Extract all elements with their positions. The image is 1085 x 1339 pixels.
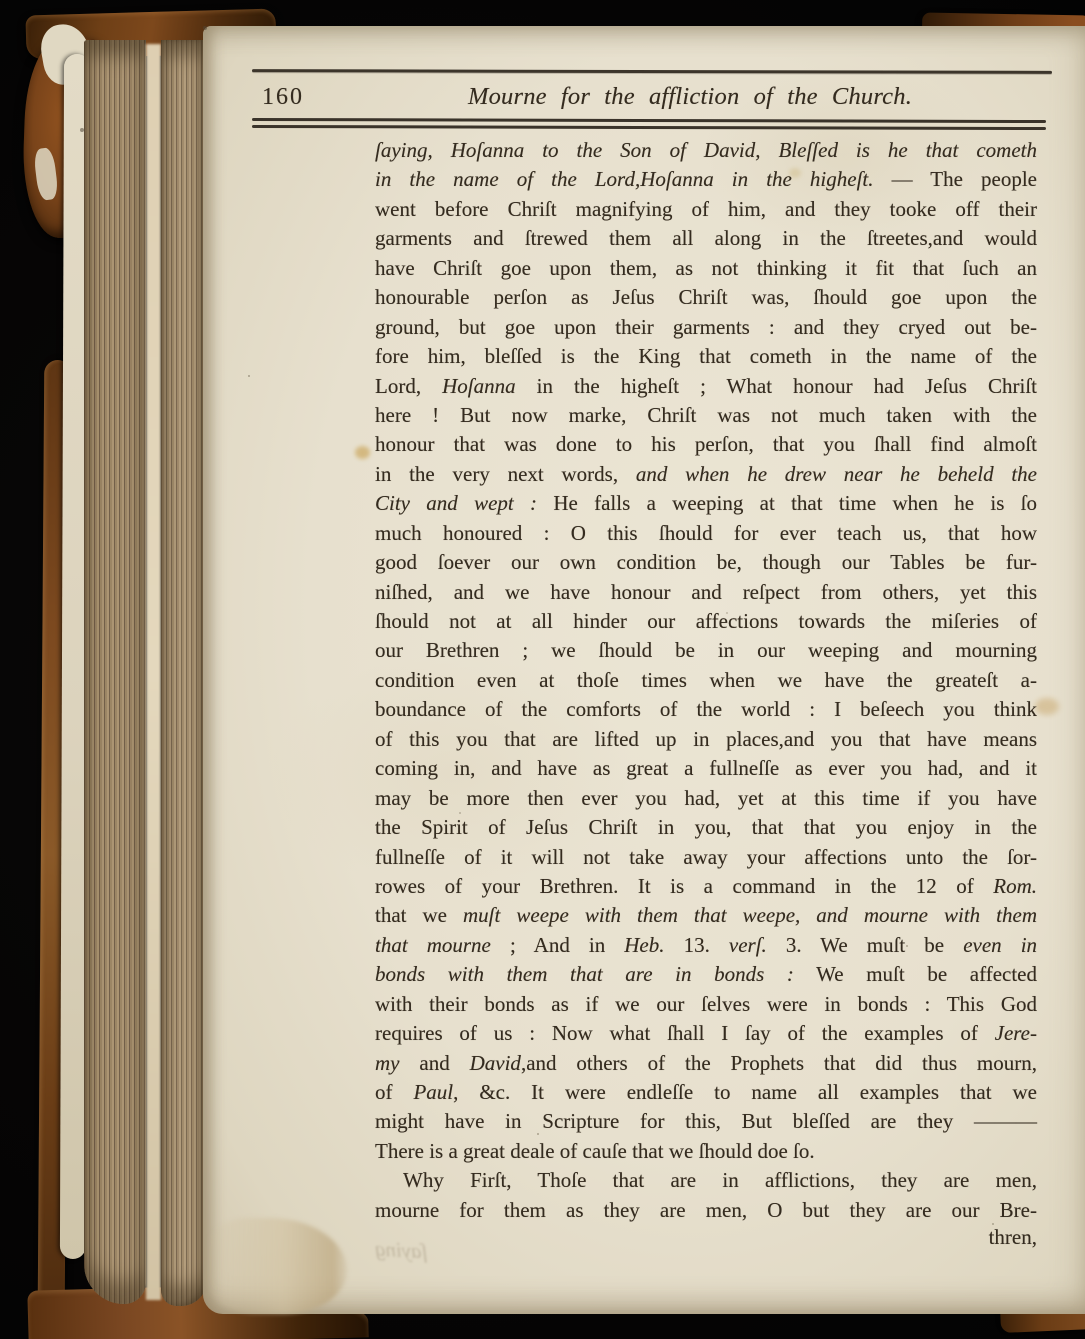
text-segment: He falls a weeping at that time when he … <box>537 491 1037 515</box>
text-segment: have Chriſt goe upon them, as not thinki… <box>375 256 1037 280</box>
text-line: the Spirit of Jeſus Chriſt in you, that … <box>375 813 1037 842</box>
text-segment: Heb. <box>624 933 664 957</box>
text-segment: ground, but goe upon their garments : an… <box>375 315 1037 339</box>
text-segment: fore him, bleſſed is the King that comet… <box>375 344 1037 368</box>
book-fore-edge-band-outer <box>84 40 146 1304</box>
text-line: of this you that are lifted up in places… <box>375 725 1037 754</box>
text-segment: coming in, and have as great a fullneſſe… <box>375 756 1037 780</box>
text-segment: may be more then ever you had, yet at th… <box>375 786 1037 810</box>
text-segment: — The people <box>892 167 1037 191</box>
text-line: may be more then ever you had, yet at th… <box>375 784 1037 813</box>
text-line: ſhould not at all hinder our affections … <box>375 607 1037 636</box>
text-line: of Paul, &c. It were endleſſe to name al… <box>375 1078 1037 1107</box>
text-line: here ! But now marke, Chriſt was not muc… <box>375 401 1037 430</box>
text-line: our Brethren ; we ſhould be in our weepi… <box>375 636 1037 665</box>
text-segment: , &c. It were endleſſe to name all examp… <box>453 1080 1037 1104</box>
page-stain-spot <box>1035 698 1059 715</box>
text-segment: the Spirit of Jeſus Chriſt in you, that … <box>375 815 1037 839</box>
text-line: with their bonds as if we our ſelves wer… <box>375 990 1037 1019</box>
page-stain-spot <box>355 446 370 459</box>
text-line: There is a great deale of cauſe that we … <box>375 1137 1037 1166</box>
text-segment: Lord, <box>375 374 442 398</box>
text-segment: that we <box>375 903 463 927</box>
text-line: fullneſſe of it will not take away your … <box>375 843 1037 872</box>
book-fore-edge-gap <box>146 44 161 1300</box>
text-line: fore him, bleſſed is the King that comet… <box>375 342 1037 371</box>
text-line: requires of us : Now what ſhall I ſay of… <box>375 1019 1037 1048</box>
text-line: condition even at thoſe times when we ha… <box>375 666 1037 695</box>
text-segment: in the higheſt ; What honour had Jeſus C… <box>516 374 1037 398</box>
text-segment: bonds with them that are in bonds : <box>375 962 794 986</box>
text-line: good ſoever our own condition be, though… <box>375 548 1037 577</box>
text-segment: fullneſſe of it will not take away your … <box>375 845 1037 869</box>
text-segment: City and wept : <box>375 491 537 515</box>
text-segment: Hoſanna <box>442 374 516 398</box>
text-segment: of this you that are lifted up in places… <box>375 727 1037 751</box>
text-line: in the name of the Lord,Hoſanna in the h… <box>375 165 1037 194</box>
text-segment: my <box>375 1051 400 1075</box>
text-line: rowes of your Brethren. It is a command … <box>375 872 1037 901</box>
text-segment: garments and ſtrewed them all along in t… <box>375 226 1037 250</box>
text-segment: good ſoever our own condition be, though… <box>375 550 1037 574</box>
page-stain-bottom-left <box>207 1218 347 1314</box>
text-line: that mourne ; And in Heb. 13. verſ. 3. W… <box>375 931 1037 960</box>
text-line: niſhed, and we have honour and reſpect f… <box>375 578 1037 607</box>
text-line: that we muſt weepe with them that weepe,… <box>375 901 1037 930</box>
text-line: honourable perſon as Jeſus Chriſt was, ſ… <box>375 283 1037 312</box>
text-segment: of <box>375 1080 413 1104</box>
text-segment: here ! But now marke, Chriſt was not muc… <box>375 403 1037 427</box>
running-header-title: Mourne for the affliction of the Church. <box>350 83 1030 111</box>
text-segment: even in <box>963 933 1037 957</box>
text-line: garments and ſtrewed them all along in t… <box>375 224 1037 253</box>
book-fore-edge-band-inner <box>161 40 207 1306</box>
text-segment: honourable perſon as Jeſus Chriſt was, ſ… <box>375 285 1037 309</box>
text-segment: ; And in <box>491 933 624 957</box>
text-segment: David <box>470 1051 521 1075</box>
text-block: ſaying, Hoſanna to the Son of David, Ble… <box>375 136 1037 1225</box>
text-line: Why Firſt, Thoſe that are in afflictions… <box>375 1166 1037 1195</box>
text-line: City and wept : He falls a weeping at th… <box>375 489 1037 518</box>
text-segment: ,and others of the Prophets that did thu… <box>521 1051 1037 1075</box>
text-line: in the very next words, and when he drew… <box>375 460 1037 489</box>
text-segment: boundance of the comforts of the world :… <box>375 697 1037 721</box>
text-line: Lord, Hoſanna in the higheſt ; What hono… <box>375 372 1037 401</box>
catchword: thren, <box>375 1225 1037 1250</box>
text-segment: muſt weepe with them that weepe, and mou… <box>463 903 1037 927</box>
text-segment: There is a great deale of cauſe that we … <box>375 1139 815 1163</box>
text-segment: 3. We muſt be <box>767 933 963 957</box>
header-rule-double-line-2 <box>252 125 1046 130</box>
text-segment: our Brethren ; we ſhould be in our weepi… <box>375 638 1037 662</box>
text-segment: much honoured : O this ſhould for ever t… <box>375 521 1037 545</box>
text-segment: mourne for them as they are men, O but t… <box>375 1198 1037 1222</box>
text-line: went before Chriſt magnifying of him, an… <box>375 195 1037 224</box>
text-segment: in the name of the Lord,Hoſanna in the h… <box>375 167 892 191</box>
text-line: might have in Scripture for this, But bl… <box>375 1107 1037 1136</box>
text-segment: We muſt be affected <box>794 962 1037 986</box>
text-line: my and David,and others of the Prophets … <box>375 1049 1037 1078</box>
text-line: mourne for them as they are men, O but t… <box>375 1196 1037 1225</box>
text-segment: ſhould not at all hinder our affections … <box>375 609 1037 633</box>
text-segment: verſ. <box>729 933 767 957</box>
text-segment: rowes of your Brethren. It is a command … <box>375 874 993 898</box>
text-segment: might have in Scripture for this, But bl… <box>375 1109 1037 1133</box>
text-segment: Rom. <box>993 874 1037 898</box>
text-line: bonds with them that are in bonds : We m… <box>375 960 1037 989</box>
text-line: ſaying, Hoſanna to the Son of David, Ble… <box>375 136 1037 165</box>
text-segment: condition even at thoſe times when we ha… <box>375 668 1037 692</box>
text-segment: requires of us : Now what ſhall I ſay of… <box>375 1021 995 1045</box>
text-segment: with their bonds as if we our ſelves wer… <box>375 992 1037 1016</box>
text-segment: ſaying, Hoſanna to the Son of David, Ble… <box>375 138 1037 162</box>
book-scan: ſaying 160 Mourne for the affliction of … <box>0 0 1085 1339</box>
text-segment: 13. <box>665 933 729 957</box>
text-segment: in the very next words, <box>375 462 636 486</box>
text-line: ground, but goe upon their garments : an… <box>375 313 1037 342</box>
text-segment: that mourne <box>375 933 491 957</box>
text-segment: honour that was done to his perſon, that… <box>375 432 1037 456</box>
text-segment: and <box>400 1051 470 1075</box>
text-segment: Paul <box>413 1080 453 1104</box>
page-number: 160 <box>262 84 304 111</box>
text-segment: niſhed, and we have honour and reſpect f… <box>375 580 1037 604</box>
text-line: coming in, and have as great a fullneſſe… <box>375 754 1037 783</box>
text-line: have Chriſt goe upon them, as not thinki… <box>375 254 1037 283</box>
text-line: much honoured : O this ſhould for ever t… <box>375 519 1037 548</box>
text-segment: and when he drew near he beheld the <box>636 462 1037 486</box>
text-line: boundance of the comforts of the world :… <box>375 695 1037 724</box>
header-rule-double <box>252 118 1046 134</box>
text-segment: went before Chriſt magnifying of him, an… <box>375 197 1037 221</box>
text-segment: Jere- <box>995 1021 1037 1045</box>
text-line: honour that was done to his perſon, that… <box>375 430 1037 459</box>
text-segment: Why Firſt, Thoſe that are in afflictions… <box>403 1168 1037 1192</box>
